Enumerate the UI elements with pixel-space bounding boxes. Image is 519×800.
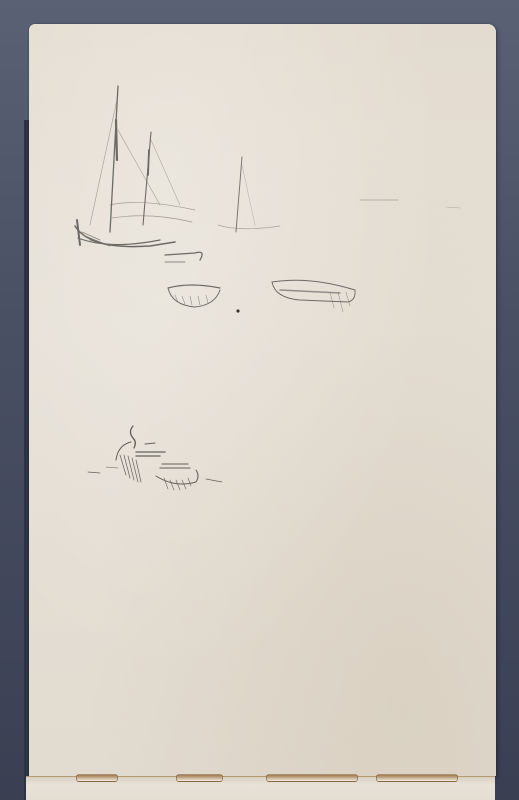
sketchbook-binding-strip [26, 776, 495, 800]
binding-stitch [266, 774, 358, 782]
sailing-boats-group [75, 86, 202, 262]
rowboat-small [168, 285, 220, 307]
binding-stitch [376, 774, 458, 782]
binding-stitch [176, 774, 223, 782]
binding-stitch [76, 774, 118, 782]
rowboat-long [236, 280, 355, 312]
distant-sailboat [218, 157, 460, 232]
figure-in-boat [88, 426, 222, 490]
pencil-sketches [0, 0, 519, 800]
